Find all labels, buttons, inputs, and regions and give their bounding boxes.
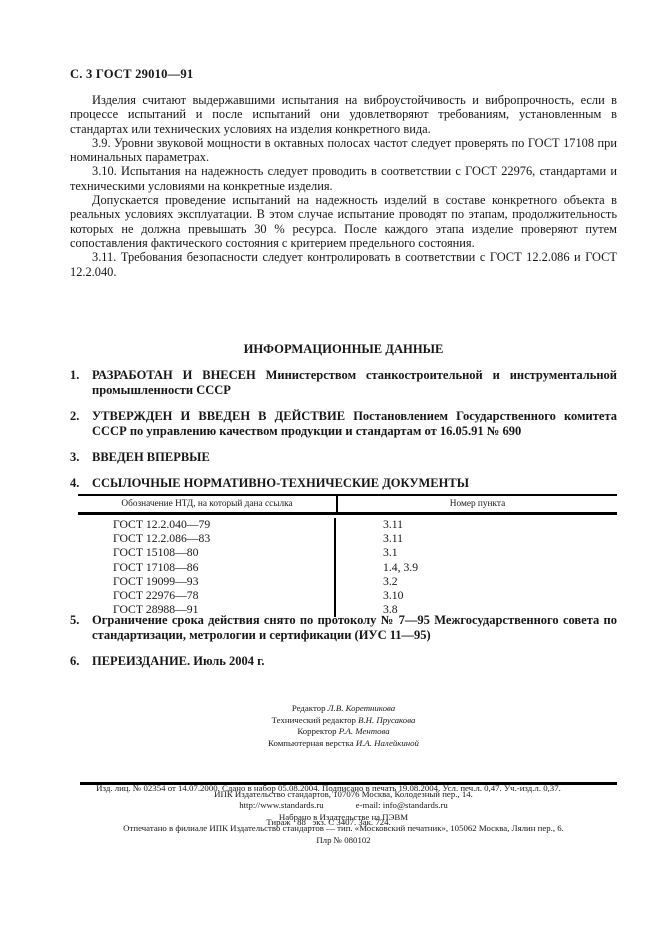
- table-body: ГОСТ 12.2.040—79 3.11 ГОСТ 12.2.086—83 3…: [78, 515, 617, 620]
- document-page: С. 3 ГОСТ 29010—91 Изделия считают выдер…: [0, 0, 661, 936]
- editor-line: Корректор Р.А. Ментова: [70, 726, 617, 738]
- item-text: ССЫЛОЧНЫЕ НОРМАТИВНО-ТЕХНИЧЕСКИЕ ДОКУМЕН…: [92, 476, 617, 491]
- info-item: 1. РАЗРАБОТАН И ВНЕСЕН Министерством ста…: [70, 368, 617, 398]
- editor-role: Технический редактор: [272, 715, 358, 725]
- publisher-contacts-line: http://www.standards.rue-mail: info@stan…: [70, 800, 617, 811]
- info-list-top: 1. РАЗРАБОТАН И ВНЕСЕН Министерством ста…: [70, 368, 617, 491]
- printed-line: Отпечатано в филиале ИПК Издательство ст…: [70, 823, 617, 834]
- table-cell-document: ГОСТ 12.2.086—83: [78, 532, 336, 546]
- info-list-bottom: 5. Ограничение срока действия снято по п…: [70, 613, 617, 669]
- item-text: ВВЕДЕН ВПЕРВЫЕ: [92, 450, 617, 465]
- item-text: УТВЕРЖДЕН И ВВЕДЕН В ДЕЙСТВИЕ Постановле…: [92, 409, 617, 439]
- info-item: 4. ССЫЛОЧНЫЕ НОРМАТИВНО-ТЕХНИЧЕСКИЕ ДОКУ…: [70, 476, 617, 491]
- body-paragraph: Допускается проведение испытаний на наде…: [70, 193, 617, 250]
- item-number: 2.: [70, 409, 92, 439]
- info-item: 3. ВВЕДЕН ВПЕРВЫЕ: [70, 450, 617, 465]
- body-paragraph: 3.11. Требования безопасности следует ко…: [70, 250, 617, 279]
- item-text: ПЕРЕИЗДАНИЕ. Июль 2004 г.: [92, 654, 617, 669]
- table-header-row: Обозначение НТД, на который дана ссылка …: [78, 496, 617, 515]
- editor-name: И.А. Налейкиной: [356, 738, 419, 748]
- table-row: ГОСТ 22976—78 3.10: [78, 589, 617, 603]
- body-paragraph: 3.10. Испытания на надежность следует пр…: [70, 164, 617, 193]
- table-cell-document: ГОСТ 17108—86: [78, 561, 336, 575]
- item-number: 3.: [70, 450, 92, 465]
- references-table: Обозначение НТД, на который дана ссылка …: [78, 494, 617, 620]
- typeset-line: Набрано в Издательстве на ПЭВМ: [70, 812, 617, 823]
- item-number: 1.: [70, 368, 92, 398]
- item-number: 6.: [70, 654, 92, 669]
- table-cell-clause: 3.1: [336, 546, 617, 560]
- plr-line: Плр № 080102: [70, 835, 617, 846]
- editor-line: Редактор Л.В. Коретникова: [70, 703, 617, 715]
- item-text: Ограничение срока действия снято по прот…: [92, 613, 617, 643]
- editor-line: Компьютерная верстка И.А. Налейкиной: [70, 738, 617, 750]
- info-item: 6. ПЕРЕИЗДАНИЕ. Июль 2004 г.: [70, 654, 617, 669]
- item-number: 5.: [70, 613, 92, 643]
- item-text: РАЗРАБОТАН И ВНЕСЕН Министерством станко…: [92, 368, 617, 398]
- page-header: С. 3 ГОСТ 29010—91: [70, 68, 617, 81]
- body-paragraph: 3.9. Уровни звуковой мощности в октавных…: [70, 136, 617, 165]
- table-cell-document: ГОСТ 15108—80: [78, 546, 336, 560]
- info-item: 5. Ограничение срока действия снято по п…: [70, 613, 617, 643]
- table-cell-document: ГОСТ 12.2.040—79: [78, 518, 336, 532]
- table-row: ГОСТ 17108—86 1.4, 3.9: [78, 561, 617, 575]
- table-cell-document: ГОСТ 19099—93: [78, 575, 336, 589]
- table-cell-clause: 3.11: [336, 532, 617, 546]
- info-item: 2. УТВЕРЖДЕН И ВВЕДЕН В ДЕЙСТВИЕ Постано…: [70, 409, 617, 439]
- table-header-cell-clause: Номер пункта: [338, 496, 617, 512]
- table-row: ГОСТ 12.2.040—79 3.11: [78, 518, 617, 532]
- editor-role: Компьютерная верстка: [268, 738, 356, 748]
- divider-rule: [80, 782, 617, 785]
- table-row: ГОСТ 12.2.086—83 3.11: [78, 532, 617, 546]
- item-number: 4.: [70, 476, 92, 491]
- table-cell-document: ГОСТ 22976—78: [78, 589, 336, 603]
- publisher-address-line: ИПК Издательство стандартов, 107076 Моск…: [70, 789, 617, 800]
- table-cell-clause: 1.4, 3.9: [336, 561, 617, 575]
- table-cell-clause: 3.2: [336, 575, 617, 589]
- editor-name: Л.В. Коретникова: [328, 703, 395, 713]
- editor-role: Корректор: [297, 726, 338, 736]
- table-row: ГОСТ 19099—93 3.2: [78, 575, 617, 589]
- editors-block: Редактор Л.В. Коретникова Технический ре…: [70, 703, 617, 749]
- table-cell-clause: 3.10: [336, 589, 617, 603]
- body-text-block: Изделия считают выдержавшими испытания н…: [70, 93, 617, 279]
- publisher-url: http://www.standards.ru: [239, 800, 323, 811]
- publisher-block: ИПК Издательство стандартов, 107076 Моск…: [70, 789, 617, 846]
- editor-line: Технический редактор В.Н. Прусакова: [70, 715, 617, 727]
- editor-name: В.Н. Прусакова: [358, 715, 415, 725]
- table-cell-clause: 3.11: [336, 518, 617, 532]
- body-paragraph: Изделия считают выдержавшими испытания н…: [70, 93, 617, 136]
- publisher-email: e-mail: info@standards.ru: [356, 800, 448, 811]
- editor-name: Р.А. Ментова: [339, 726, 390, 736]
- table-header-cell-document: Обозначение НТД, на который дана ссылка: [78, 496, 338, 512]
- table-row: ГОСТ 15108—80 3.1: [78, 546, 617, 560]
- editor-role: Редактор: [292, 703, 328, 713]
- info-section-title: ИНФОРМАЦИОННЫЕ ДАННЫЕ: [70, 343, 617, 356]
